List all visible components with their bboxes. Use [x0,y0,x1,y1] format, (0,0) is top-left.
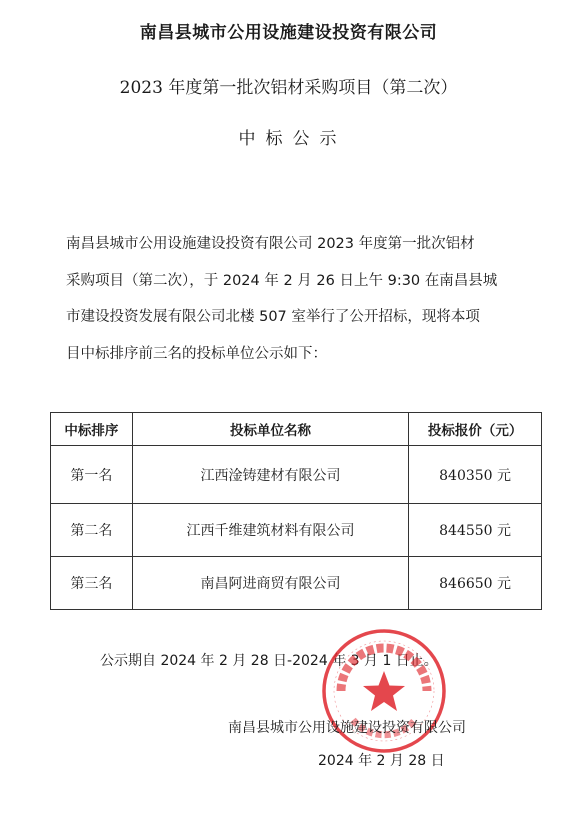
project-title: 2023 年度第一批次铝材采购项目（第二次） [0,73,577,98]
table-row: 第二名 江西千维建筑材料有限公司 844550 元 [51,504,542,557]
table-header-row: 中标排序 投标单位名称 投标报价（元） [51,413,542,446]
announcement-paragraph: 南昌县城市公用设施建设投资有限公司 2023 年度第一批次铝材 采购项目（第二次… [66,226,546,372]
paragraph-line: 市建设投资发展有限公司北楼 507 室举行了公开招标，现将本项 [66,299,546,336]
bid-results-table: 中标排序 投标单位名称 投标报价（元） 第一名 江西淦铸建材有限公司 84035… [50,412,542,610]
table-row: 第一名 江西淦铸建材有限公司 840350 元 [51,446,542,504]
signing-date: 2024 年 2 月 28 日 [318,750,445,770]
company-cell: 南昌阿进商贸有限公司 [132,557,408,610]
rank-cell: 第二名 [51,504,133,557]
paragraph-line: 目中标排序前三名的投标单位公示如下： [66,336,546,373]
star-icon [363,671,405,711]
table-row: 第三名 南昌阿进商贸有限公司 846650 元 [51,557,542,610]
paragraph-line: 采购项目（第二次），于 2024 年 2 月 26 日上午 9:30 在南昌县城 [66,263,546,300]
price-cell: 840350 元 [409,446,542,504]
document-type-title: 中标公示 [0,124,577,149]
signer-name: 南昌县城市公用设施建设投资有限公司 [228,717,466,737]
company-title: 南昌县城市公用设施建设投资有限公司 [0,18,577,43]
rank-cell: 第三名 [51,557,133,610]
column-header-company: 投标单位名称 [132,413,408,446]
rank-cell: 第一名 [51,446,133,504]
column-header-price: 投标报价（元） [409,413,542,446]
column-header-rank: 中标排序 [51,413,133,446]
company-cell: 江西淦铸建材有限公司 [132,446,408,504]
company-cell: 江西千维建筑材料有限公司 [132,504,408,557]
price-cell: 844550 元 [409,504,542,557]
price-cell: 846650 元 [409,557,542,610]
paragraph-line: 南昌县城市公用设施建设投资有限公司 2023 年度第一批次铝材 [66,226,546,263]
